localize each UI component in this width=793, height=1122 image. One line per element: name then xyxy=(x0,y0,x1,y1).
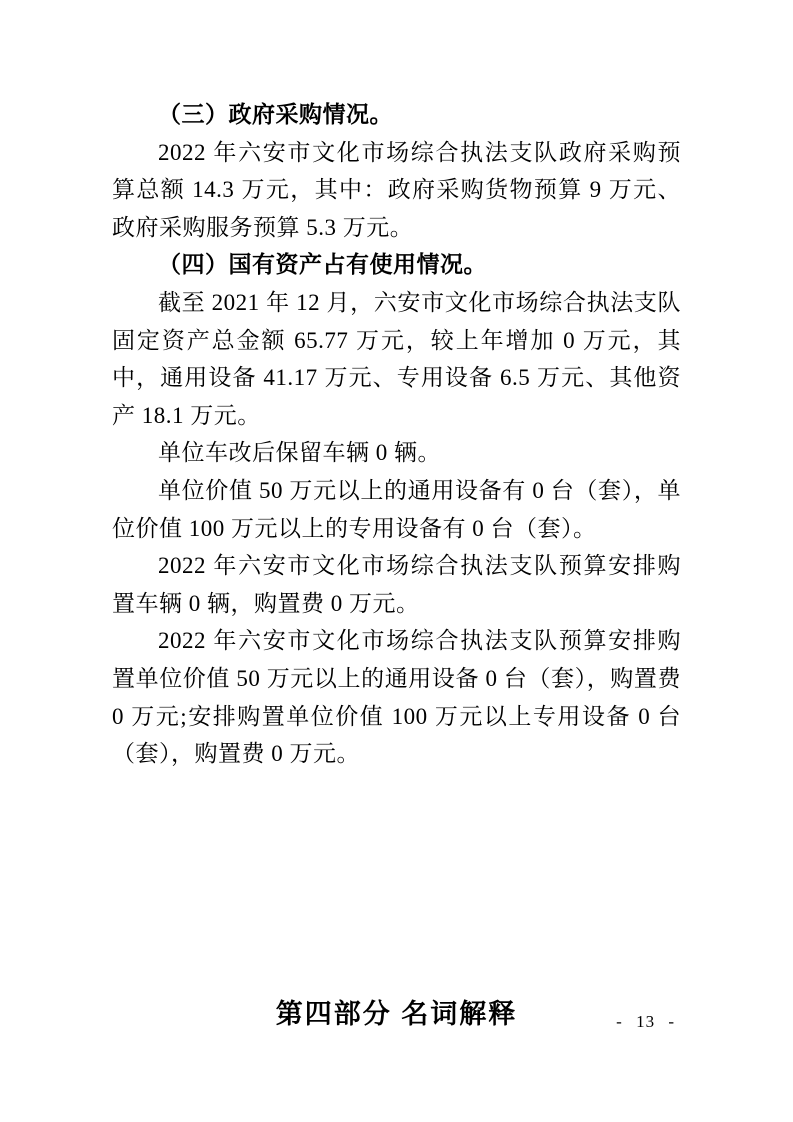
document-page: （三）政府采购情况。 2022 年六安市文化市场综合执法支队政府采购预算总额 1… xyxy=(0,0,793,1122)
part-four-heading: 第四部分 名词解释 xyxy=(112,994,681,1034)
section-heading-state-assets: （四）国有资产占有使用情况。 xyxy=(112,246,681,284)
section-heading-government-procurement: （三）政府采购情况。 xyxy=(112,96,681,134)
page-number: - 13 - xyxy=(616,1012,675,1032)
para-equipment-over-threshold: 单位价值 50 万元以上的通用设备有 0 台（套），单位价值 100 万元以上的… xyxy=(112,472,681,547)
document-body: （三）政府采购情况。 2022 年六安市文化市场综合执法支队政府采购预算总额 1… xyxy=(0,0,793,1034)
para-equipment-purchase-budget: 2022 年六安市文化市场综合执法支队预算安排购置单位价值 50 万元以上的通用… xyxy=(112,622,681,772)
para-vehicles-retained: 单位车改后保留车辆 0 辆。 xyxy=(112,434,681,472)
para-fixed-assets-summary: 截至 2021 年 12 月，六安市文化市场综合执法支队固定资产总金额 65.7… xyxy=(112,284,681,434)
para-procurement-budget: 2022 年六安市文化市场综合执法支队政府采购预算总额 14.3 万元，其中：政… xyxy=(112,134,681,247)
para-vehicle-purchase-budget: 2022 年六安市文化市场综合执法支队预算安排购置车辆 0 辆，购置费 0 万元… xyxy=(112,547,681,622)
